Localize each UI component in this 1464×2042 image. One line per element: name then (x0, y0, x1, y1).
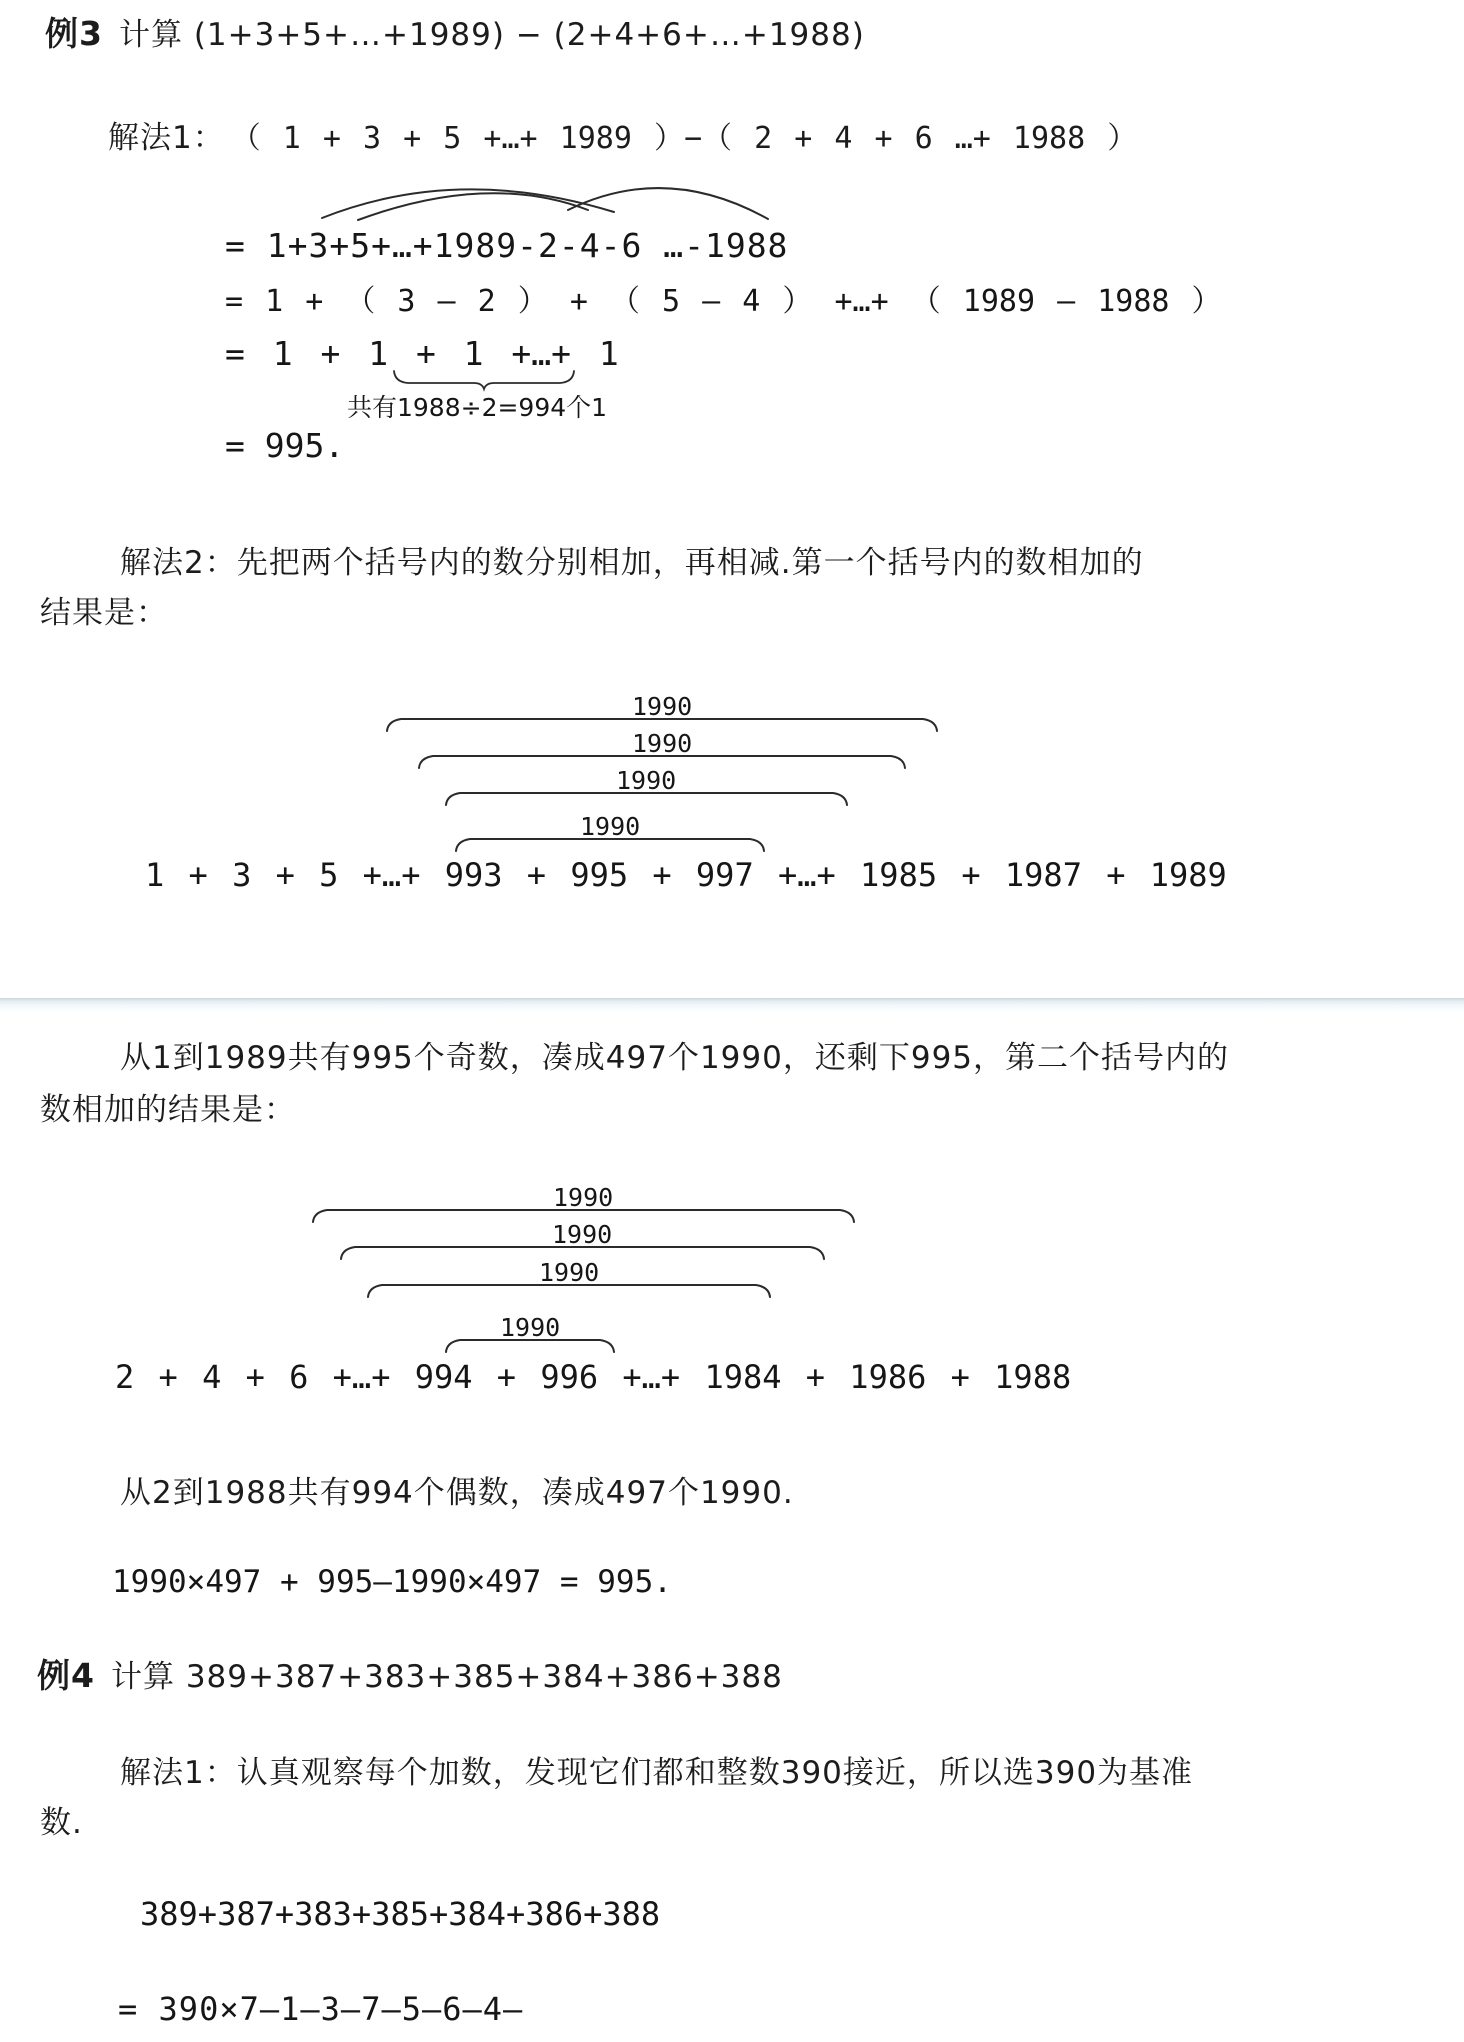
section-divider (0, 998, 1464, 1012)
solution1-step2: = 1 + （ 3 — 2 ） + （ 5 — 4 ） +…+ （ 1989 —… (225, 276, 1222, 320)
even-pair-label-2: 1990 (552, 1220, 612, 1249)
example3-problem: 计算 (1+3+5+…+1989) − (2+4+6+…+1988) (119, 9, 865, 54)
odd-sum-line: 1 + 3 + 5 +…+ 993 + 995 + 997 +…+ 1985 +… (145, 856, 1227, 894)
solution1-head-expr: （ 1 + 3 + 5 +…+ 1989 ）−（ 2 + 4 + 6 …+ 19… (231, 113, 1137, 157)
even-sum-line: 2 + 4 + 6 +…+ 994 + 996 +…+ 1984 + 1986 … (115, 1358, 1071, 1396)
arc-1989-to-1988 (568, 188, 768, 219)
odd-pair-label-2: 1990 (632, 729, 692, 758)
example4-solution1-intro: 解法1：认真观察每个加数，发现它们都和整数390接近，所以选390为基准 数. (40, 1748, 1450, 1848)
example4-label: 例4 (37, 1650, 95, 1697)
underbrace-path (394, 371, 574, 389)
solution2-final-eq: 1990×497 + 995—1990×497 = 995. (112, 1564, 672, 1600)
even-pair-label-4: 1990 (500, 1313, 560, 1342)
example4-step: = 390×7—1—3—7—5—6—4— (118, 1990, 523, 2028)
count-note: 共有1988÷2=994个1 (347, 388, 607, 424)
odd-pair-label-3: 1990 (616, 766, 676, 795)
example4-title: 例4 计算 389+387+383+385+384+386+388 (37, 1650, 783, 1697)
example4-problem: 计算 389+387+383+385+384+386+388 (111, 1651, 783, 1696)
solution1-head-label: 解法1： (108, 112, 225, 157)
even-pair-label-1: 1990 (553, 1183, 613, 1212)
solution1-step1: = 1+3+5+…+1989-2-4-6 …-1988 (225, 226, 788, 265)
odd-summary: 从1到1989共有995个奇数，凑成497个1990，还剩下995，第二个括号内… (40, 1032, 1444, 1136)
odd-pair-label-1: 1990 (632, 692, 692, 721)
even-summary: 从2到1988共有994个偶数，凑成497个1990. (120, 1468, 794, 1518)
solution1-result: = 995. (225, 426, 344, 465)
even-pair-label-3: 1990 (539, 1258, 599, 1287)
pairing-arcs (318, 162, 778, 228)
solution1-step3: = 1 + 1 + 1 +…+ 1 (225, 334, 619, 373)
example3-label: 例3 (45, 8, 103, 55)
odd-pair-label-4: 1990 (580, 812, 640, 841)
example3-title: 例3 计算 (1+3+5+…+1989) − (2+4+6+…+1988) (45, 8, 865, 55)
example4-expr: 389+387+383+385+384+386+388 (140, 1895, 660, 1933)
textbook-page: 例3 计算 (1+3+5+…+1989) − (2+4+6+…+1988) 解法… (0, 0, 1464, 2042)
solution1-head: 解法1： （ 1 + 3 + 5 +…+ 1989 ）−（ 2 + 4 + 6 … (108, 112, 1137, 157)
solution2-intro: 解法2：先把两个括号内的数分别相加，再相减.第一个括号内的数相加的 结果是： (40, 538, 1444, 638)
